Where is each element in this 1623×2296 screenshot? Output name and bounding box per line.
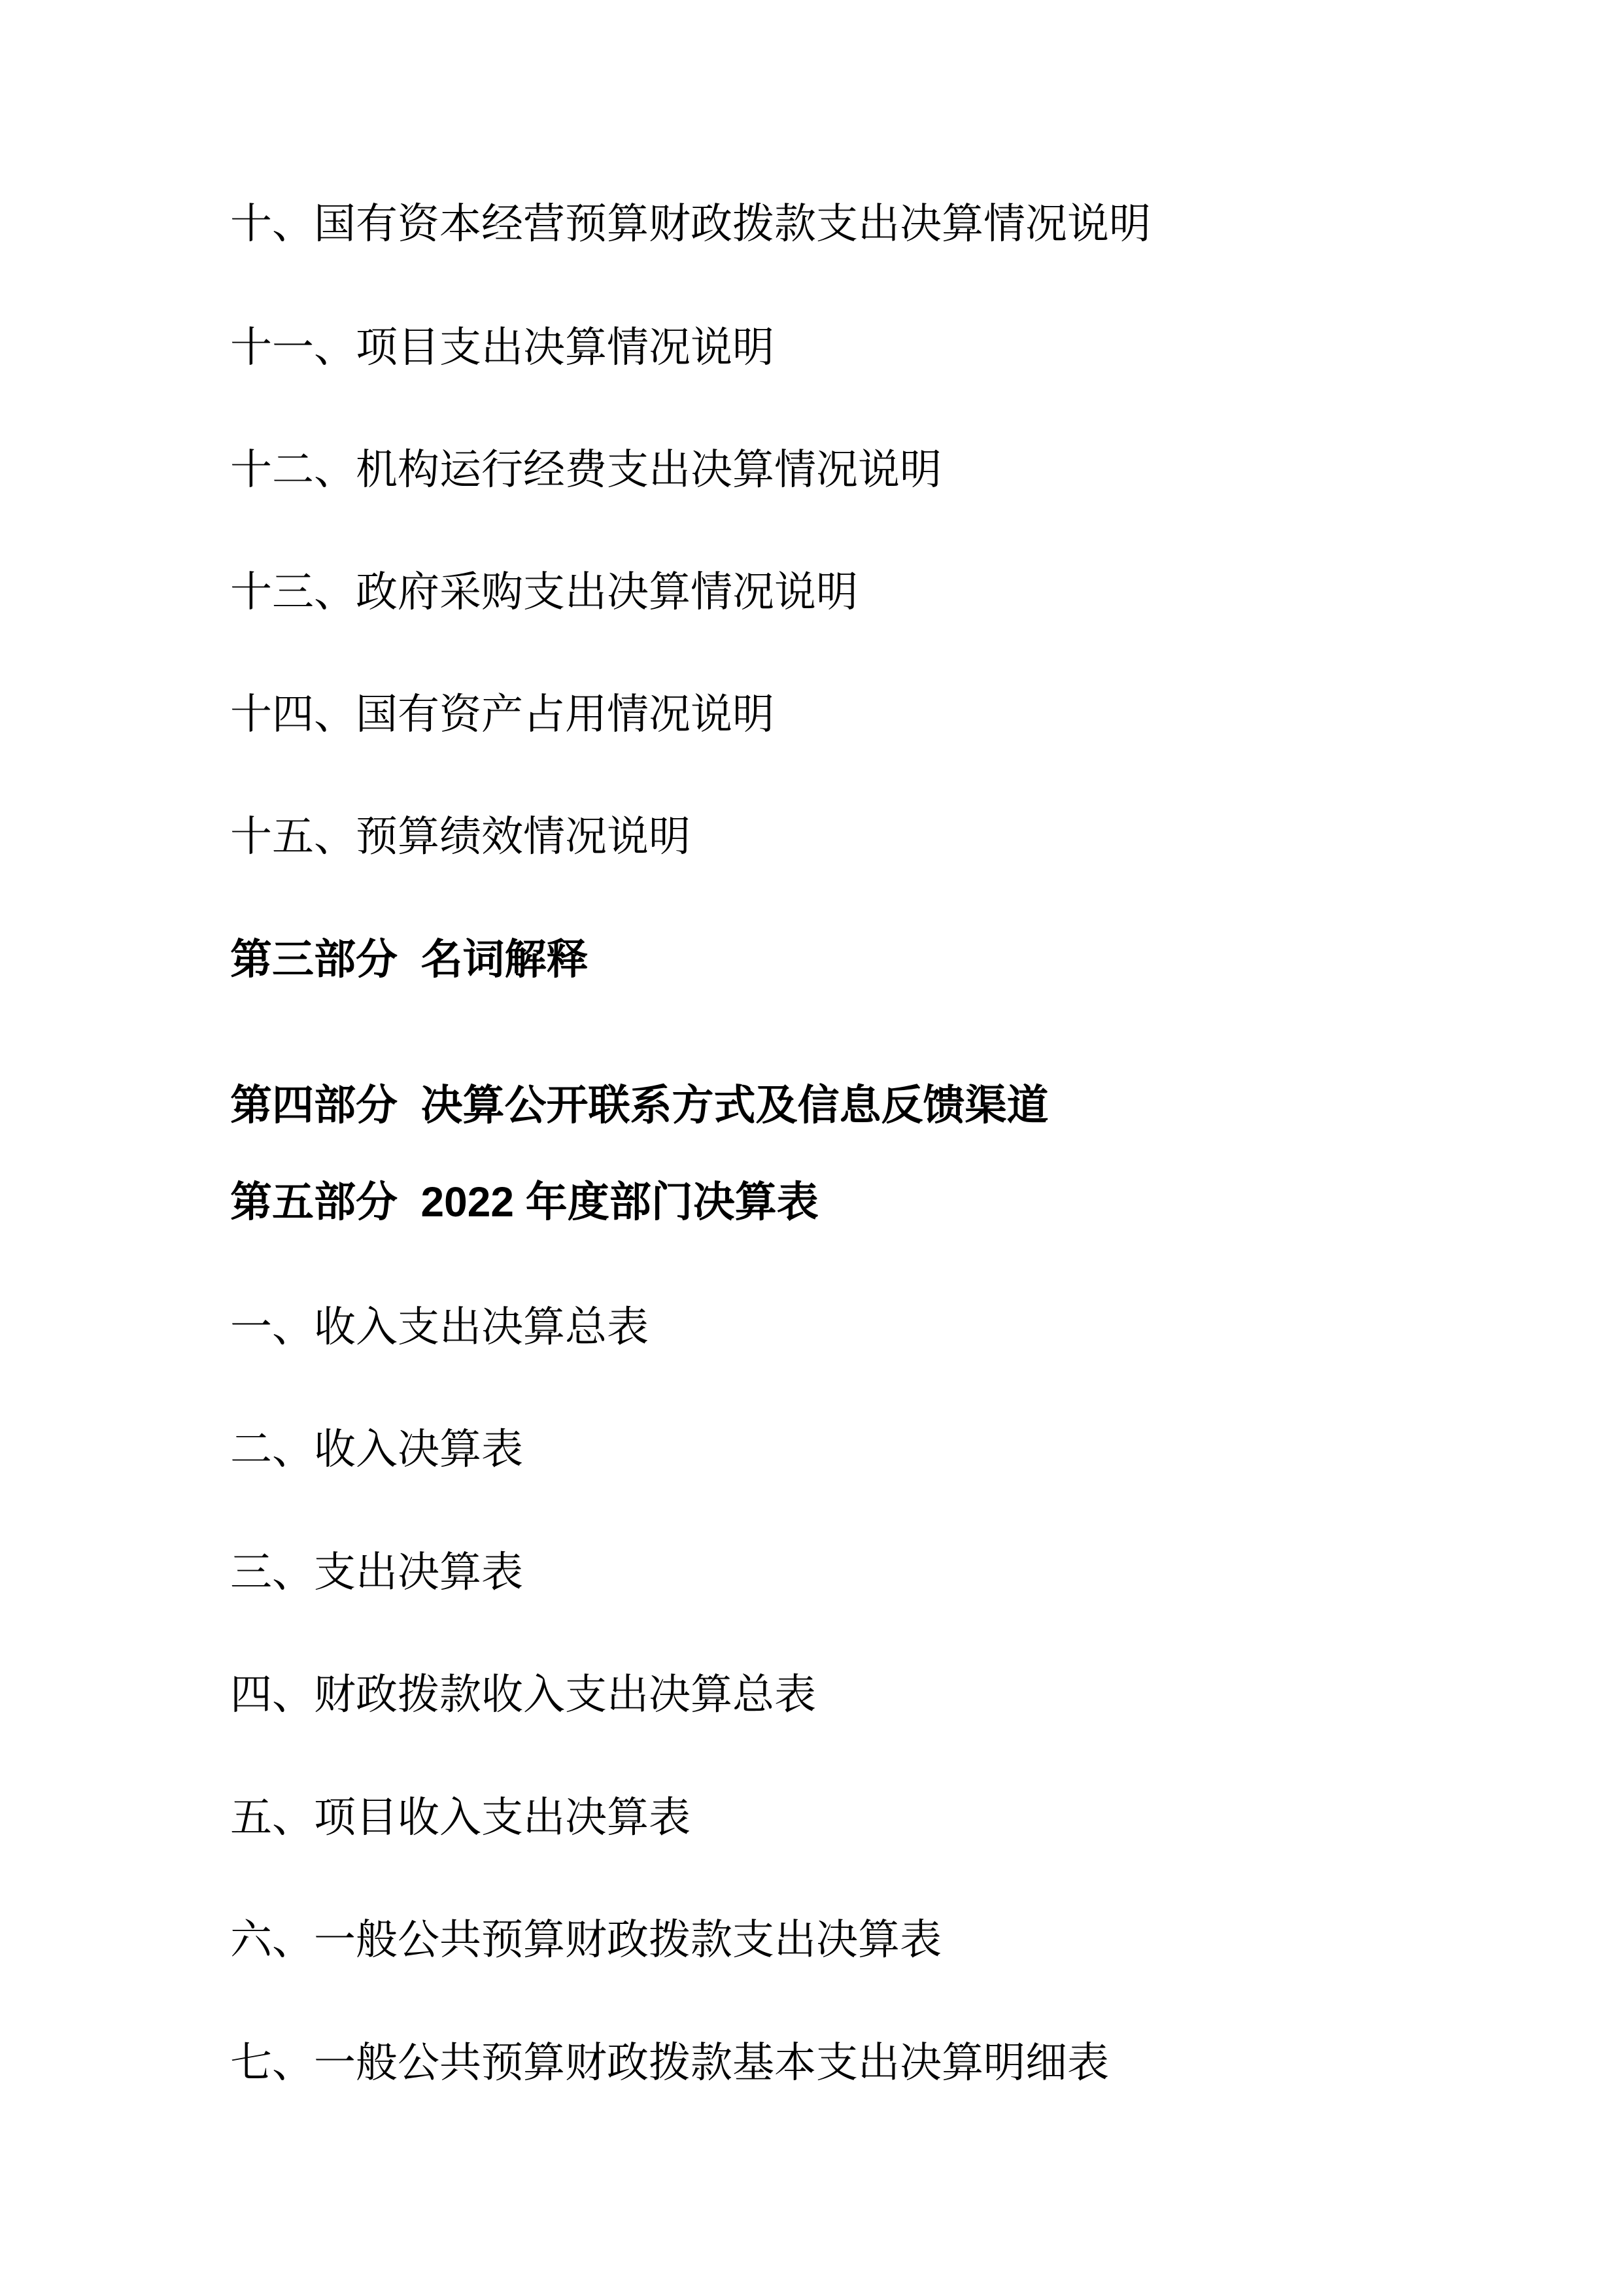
toc-item-13: 十三、政府采购支出决算情况说明 [230,563,858,622]
toc-item-10: 十、国有资本经营预算财政拨款支出决算情况说明 [230,195,1151,254]
toc-table-2: 二、收入决算表 [230,1420,523,1479]
toc-table-4: 四、财政拨款收入支出决算总表 [230,1666,816,1724]
toc-table-5: 五、项目收入支出决算表 [230,1789,691,1847]
section-heading-part4: 第四部分 决算公开联系方式及信息反馈渠道 [230,1076,1049,1135]
toc-item-11: 十一、项目支出决算情况说明 [230,318,774,377]
section-heading-part3: 第三部分 名词解释 [230,930,589,989]
toc-table-6: 六、一般公共预算财政拨款支出决算表 [230,1911,942,1970]
document-page: 十、国有资本经营预算财政拨款支出决算情况说明 十一、项目支出决算情况说明 十二、… [0,0,1623,2296]
toc-table-3: 三、支出决算表 [230,1543,523,1602]
toc-table-1: 一、收入支出决算总表 [230,1298,649,1357]
toc-item-15: 十五、预算绩效情况说明 [230,808,691,866]
toc-table-7: 七、一般公共预算财政拨款基本支出决算明细表 [230,2034,1109,2093]
section-heading-part5: 第五部分 2022 年度部门决算表 [230,1173,819,1231]
toc-item-12: 十二、机构运行经费支出决算情况说明 [230,441,942,500]
toc-item-14: 十四、国有资产占用情况说明 [230,685,774,744]
